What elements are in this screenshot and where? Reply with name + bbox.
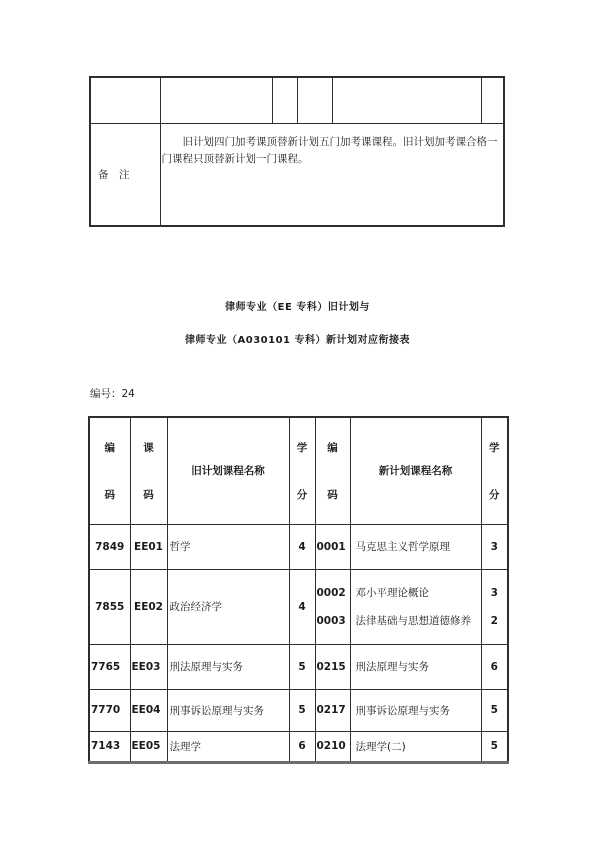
line: 邓小平理论概论 (356, 587, 481, 599)
table-row: 7765 EE03 刑法原理与实务 5 0215 刑法原理与实务 6 (89, 644, 508, 689)
header-course-code: 课 码 (130, 417, 167, 524)
header-old-credits: 学 分 (289, 417, 315, 524)
line: 3 (482, 587, 508, 599)
header-new-credits: 学 分 (481, 417, 508, 524)
cell-course-code: EE02 (130, 569, 167, 644)
cell-new-code: 0001 (315, 524, 350, 569)
cell-old-code: 7765 (89, 644, 130, 689)
header-text: 学 (489, 440, 500, 455)
empty-cell (160, 77, 272, 123)
cell-old-code: 7849 (89, 524, 130, 569)
cell-old-credits: 5 (289, 644, 315, 689)
header-new-code: 编 码 (315, 417, 350, 524)
remark-table: 备 注 旧计划四门加考课顶替新计划五门加考课课程。旧计划加考课合格一门课程只顶替… (89, 76, 505, 227)
cell-course-code: EE03 (130, 644, 167, 689)
cell-old-name: 刑法原理与实务 (167, 644, 289, 689)
header-new-course-name: 新计划课程名称 (350, 417, 481, 524)
empty-cell (481, 77, 504, 123)
cell-old-credits: 4 (289, 524, 315, 569)
cell-old-name: 政治经济学 (167, 569, 289, 644)
empty-cell (90, 77, 160, 123)
header-text: 课 (143, 440, 154, 455)
header-text: 码 (143, 487, 154, 502)
line: 0003 (317, 615, 350, 627)
empty-cell (272, 77, 297, 123)
cell-old-credits: 4 (289, 569, 315, 644)
document-title-line2: 律师专业（A030101 专科）新计划对应衔接表 (0, 331, 595, 346)
cell-new-credits: 5 (481, 689, 508, 731)
cell-new-credits: 6 (481, 644, 508, 689)
line: 0002 (317, 587, 350, 599)
header-text: 编 (327, 440, 338, 455)
remark-body-cell: 旧计划四门加考课顶替新计划五门加考课课程。旧计划加考课合格一门课程只顶替新计划一… (160, 123, 504, 226)
cell-new-code: 0215 (315, 644, 350, 689)
table-row: 7770 EE04 刑事诉讼原理与实务 5 0217 刑事诉讼原理与实务 5 (89, 689, 508, 731)
line: 2 (482, 615, 508, 627)
cell-new-name: 刑事诉讼原理与实务 (350, 689, 481, 731)
header-text: 学 (297, 440, 308, 455)
cell-old-credits: 5 (289, 689, 315, 731)
cell-old-code: 7143 (89, 731, 130, 762)
cell-new-name: 法理学(二) (350, 731, 481, 762)
table-row: 7855 EE02 政治经济学 4 0002 0003 邓小平理论概论 法律基础… (89, 569, 508, 644)
cell-old-code: 7770 (89, 689, 130, 731)
cell-course-code: EE01 (130, 524, 167, 569)
header-text: 编 (105, 440, 116, 455)
header-text: 分 (297, 487, 308, 502)
serial-number: 编号：24 (90, 386, 135, 401)
remark-row: 备 注 旧计划四门加考课顶替新计划五门加考课课程。旧计划加考课合格一门课程只顶替… (90, 123, 504, 226)
header-old-course-name: 旧计划课程名称 (167, 417, 289, 524)
cell-new-credits: 5 (481, 731, 508, 762)
cell-new-code: 0217 (315, 689, 350, 731)
cell-new-name: 邓小平理论概论 法律基础与思想道德修养 (350, 569, 481, 644)
line: 法律基础与思想道德修养 (356, 615, 481, 627)
empty-cell (332, 77, 481, 123)
table-row: 7849 EE01 哲学 4 0001 马克思主义哲学原理 3 (89, 524, 508, 569)
header-text: 分 (489, 487, 500, 502)
empty-cell (297, 77, 332, 123)
cell-old-credits: 6 (289, 731, 315, 762)
cell-course-code: EE04 (130, 689, 167, 731)
table-row: 7143 EE05 法理学 6 0210 法理学(二) 5 (89, 731, 508, 762)
cell-old-name: 法理学 (167, 731, 289, 762)
remark-text: 旧计划四门加考课顶替新计划五门加考课课程。旧计划加考课合格一门课程只顶替新计划一… (161, 124, 504, 169)
cell-new-name: 马克思主义哲学原理 (350, 524, 481, 569)
course-table-header-row: 编 码 课 码 旧计划课程名称 学 分 编 码 (89, 417, 508, 524)
cell-new-code: 0210 (315, 731, 350, 762)
cell-old-name: 哲学 (167, 524, 289, 569)
cell-new-code: 0002 0003 (315, 569, 350, 644)
cell-new-name: 刑法原理与实务 (350, 644, 481, 689)
document-title-line1: 律师专业（EE 专科）旧计划与 (0, 298, 595, 313)
header-old-code: 编 码 (89, 417, 130, 524)
course-table: 编 码 课 码 旧计划课程名称 学 分 编 码 (88, 416, 509, 764)
cell-old-code: 7855 (89, 569, 130, 644)
header-text: 码 (327, 487, 338, 502)
remark-label: 备 注 (90, 123, 160, 226)
header-text: 码 (105, 487, 116, 502)
cell-new-credits: 3 2 (481, 569, 508, 644)
remark-table-empty-row (90, 77, 504, 123)
document-page: 备 注 旧计划四门加考课顶替新计划五门加考课课程。旧计划加考课合格一门课程只顶替… (0, 0, 595, 841)
cell-new-credits: 3 (481, 524, 508, 569)
cell-course-code: EE05 (130, 731, 167, 762)
cell-old-name: 刑事诉讼原理与实务 (167, 689, 289, 731)
